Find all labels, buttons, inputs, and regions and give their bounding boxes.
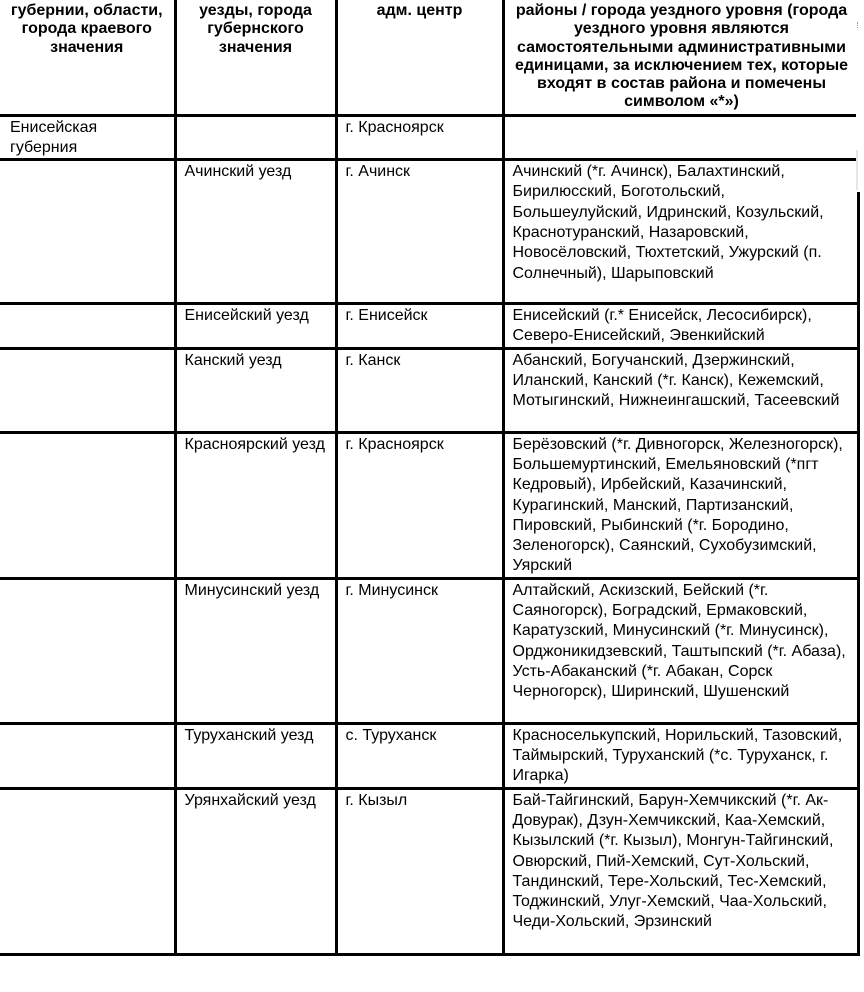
- cell-uezd: Красноярский уезд: [175, 432, 336, 578]
- cell-uezd: Ачинский уезд: [175, 160, 336, 304]
- edge-artifact: [856, 0, 864, 192]
- cell-districts: Красноселькупский, Норильский, Тазовский…: [503, 723, 858, 788]
- cell-province: [0, 348, 175, 432]
- cell-uezd: Минусинский уезд: [175, 578, 336, 723]
- table-row: Ачинский уезд г. Ачинск Ачинский (*г. Ач…: [0, 160, 858, 304]
- header-province: губернии, области, города краевого значе…: [0, 0, 175, 115]
- cell-districts: Берёзовский (*г. Дивногорск, Железногорс…: [503, 432, 858, 578]
- cell-districts: Алтайский, Аскизский, Бейский (*г. Саяно…: [503, 578, 858, 723]
- cell-center: г. Канск: [336, 348, 503, 432]
- cell-province: [0, 788, 175, 954]
- cell-districts: Абанский, Богучанский, Дзержинский, Илан…: [503, 348, 858, 432]
- edge-mark: [857, 22, 861, 28]
- header-districts: районы / города уездного уровня (города …: [503, 0, 858, 115]
- cell-province: [0, 432, 175, 578]
- cell-districts: Енисейский (г.* Енисейск, Лесосибирск), …: [503, 304, 858, 349]
- table-row: Урянхайский уезд г. Кызыл Бай-Тайгинский…: [0, 788, 858, 954]
- table-row: Енисейская губерния г. Красноярск: [0, 115, 858, 160]
- cell-province: [0, 723, 175, 788]
- header-admin-center: адм. центр: [336, 0, 503, 115]
- table-row: Канский уезд г. Канск Абанский, Богучанс…: [0, 348, 858, 432]
- cell-uezd: [175, 115, 336, 160]
- cell-center: г. Красноярск: [336, 432, 503, 578]
- header-uezd: уезды, города губернского значения: [175, 0, 336, 115]
- cell-center: г. Кызыл: [336, 788, 503, 954]
- table-row: Енисейский уезд г. Енисейск Енисейский (…: [0, 304, 858, 349]
- cell-center: г. Енисейск: [336, 304, 503, 349]
- cell-uezd: Канский уезд: [175, 348, 336, 432]
- admin-division-table: губернии, области, города краевого значе…: [0, 0, 860, 956]
- cell-center: г. Красноярск: [336, 115, 503, 160]
- scrollbar-ghost: [856, 150, 858, 190]
- cell-province: Енисейская губерния: [0, 115, 175, 160]
- table-row: Туруханский уезд с. Туруханск Красносель…: [0, 723, 858, 788]
- cell-districts: Ачинский (*г. Ачинск), Балахтинский, Бир…: [503, 160, 858, 304]
- cell-uezd: Туруханский уезд: [175, 723, 336, 788]
- cell-province: [0, 578, 175, 723]
- cell-province: [0, 304, 175, 349]
- cell-uezd: Урянхайский уезд: [175, 788, 336, 954]
- cell-uezd: Енисейский уезд: [175, 304, 336, 349]
- cell-center: с. Туруханск: [336, 723, 503, 788]
- cell-districts: Бай-Тайгинский, Барун-Хемчикский (*г. Ак…: [503, 788, 858, 954]
- cell-districts: [503, 115, 858, 160]
- cell-center: г. Минусинск: [336, 578, 503, 723]
- cell-center: г. Ачинск: [336, 160, 503, 304]
- header-row: губернии, области, города краевого значе…: [0, 0, 858, 115]
- table-row: Минусинский уезд г. Минусинск Алтайский,…: [0, 578, 858, 723]
- table-row: Красноярский уезд г. Красноярск Берёзовс…: [0, 432, 858, 578]
- cell-province: [0, 160, 175, 304]
